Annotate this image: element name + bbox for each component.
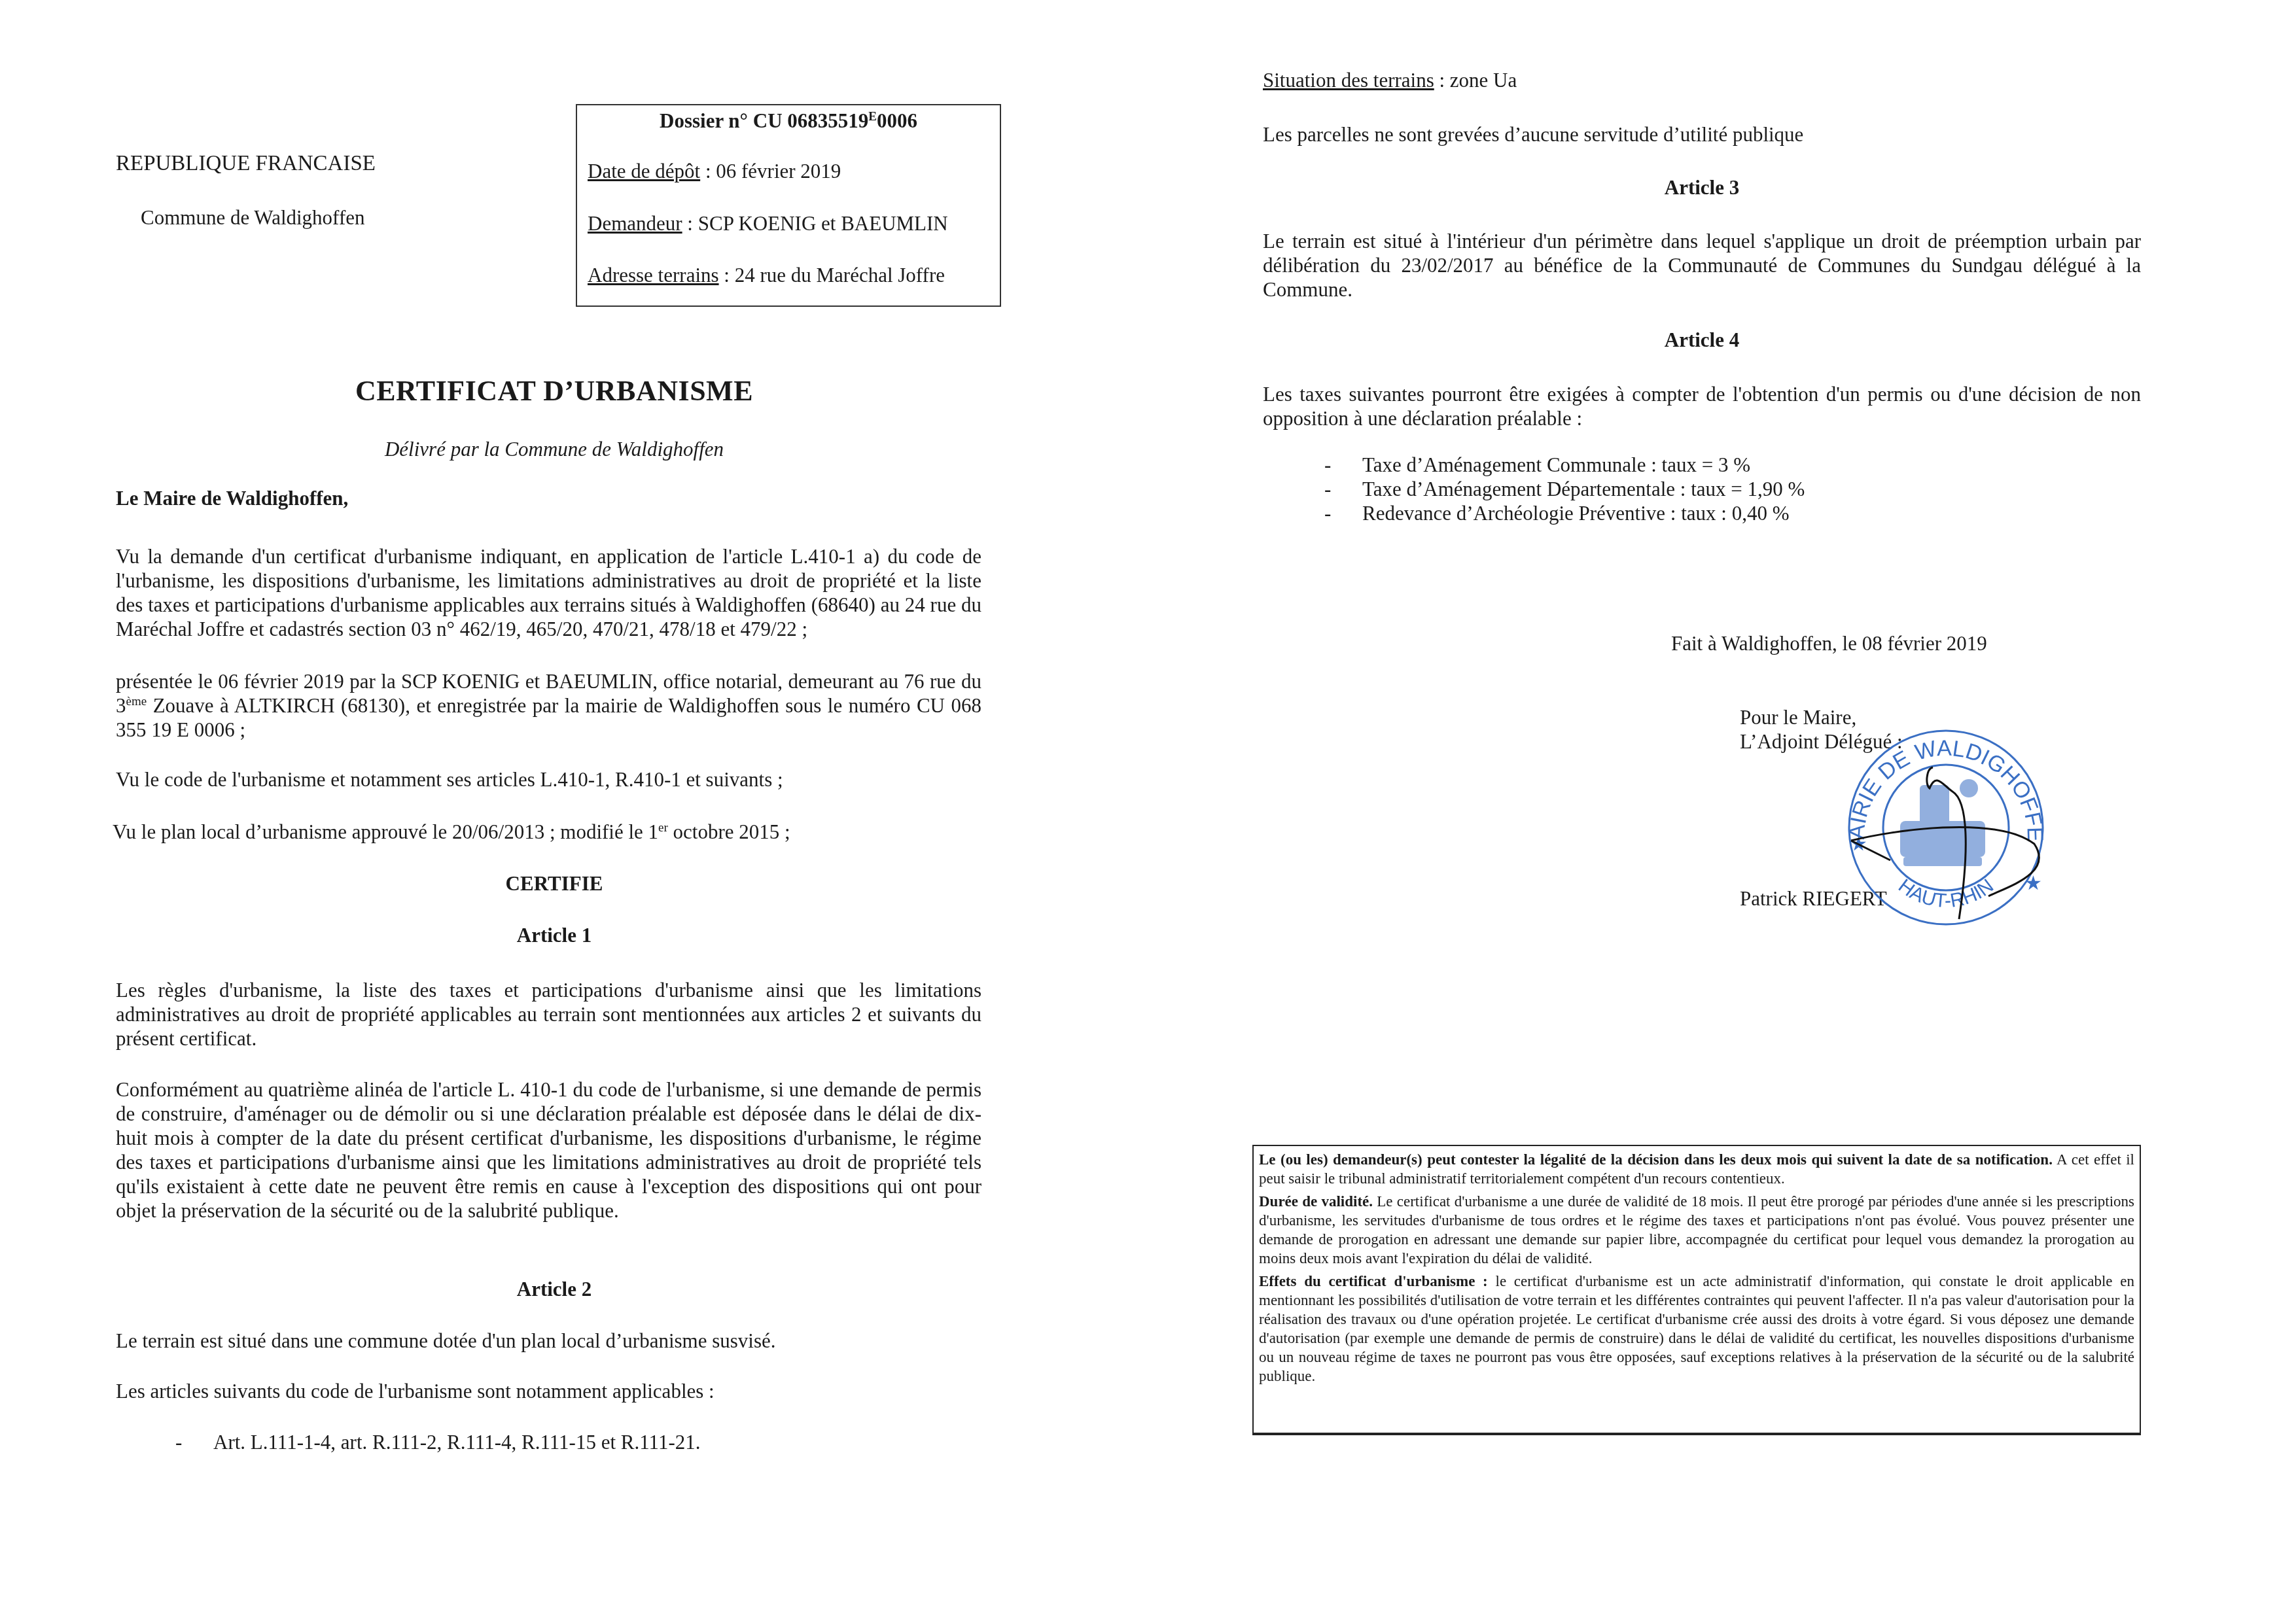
list-item: Art. L.111-1-4, art. R.111-2, R.111-4, R…: [175, 1430, 700, 1454]
notice-validity-bold: Durée de validité.: [1259, 1193, 1373, 1210]
dossier-number-prefix: Dossier n° CU 06835519: [660, 109, 868, 132]
para-request: Vu la demande d'un certificat d'urbanism…: [116, 544, 981, 641]
land-address-value: : 24 rue du Maréchal Joffre: [719, 264, 945, 287]
applicant-label: Demandeur: [588, 212, 682, 235]
article2-title: Article 2: [116, 1277, 993, 1301]
article2-p2: Les articles suivants du code de l'urban…: [116, 1379, 715, 1403]
certifie-heading: CERTIFIE: [116, 871, 993, 896]
para-plu: Vu le plan local d’urbanisme approuvé le…: [113, 820, 790, 844]
dossier-box: Dossier n° CU 06835519E0006 Date de dépô…: [576, 104, 1001, 307]
land-address-label: Adresse terrains: [588, 264, 719, 287]
notice-effects-rest: le certificat d'urbanisme est un acte ad…: [1259, 1273, 2134, 1384]
notice-validity: Durée de validité. Le certificat d'urban…: [1259, 1192, 2134, 1268]
notice-validity-rest: Le certificat d'urbanisme a une durée de…: [1259, 1193, 2134, 1266]
document-title: CERTIFICAT D’URBANISME: [116, 374, 993, 408]
land-situation: Situation des terrains : zone Ua: [1263, 68, 1517, 92]
document-subtitle: Délivré par la Commune de Waldighoffen: [116, 437, 993, 461]
notice-effects: Effets du certificat d'urbanisme : le ce…: [1259, 1272, 2134, 1386]
applicant: Demandeur : SCP KOENIG et BAEUMLIN: [588, 212, 948, 236]
article4-title: Article 4: [1263, 328, 2141, 352]
para-plu-b: octobre 2015 ;: [668, 820, 790, 843]
list-item: Taxe d’Aménagement Communale : taux = 3 …: [1324, 453, 1805, 477]
list-item: Redevance d’Archéologie Préventive : tau…: [1324, 501, 1805, 525]
republic-heading: REPUBLIQUE FRANCAISE: [116, 152, 376, 176]
deposit-date: Date de dépôt : 06 février 2019: [588, 160, 841, 183]
land-situation-label: Situation des terrains: [1263, 69, 1434, 92]
article3-title: Article 3: [1263, 175, 2141, 200]
servitude-text: Les parcelles ne sont grevées d’aucune s…: [1263, 122, 1803, 147]
notice-effects-bold: Effets du certificat d'urbanisme :: [1259, 1273, 1488, 1289]
legal-notice-box: Le (ou les) demandeur(s) peut contester …: [1252, 1145, 2141, 1435]
article3-p: Le terrain est situé à l'intérieur d'un …: [1263, 229, 2141, 302]
taxes-list: Taxe d’Aménagement Communale : taux = 3 …: [1324, 453, 1805, 525]
deposit-date-value: : 06 février 2019: [700, 160, 841, 183]
para-plu-a: Vu le plan local d’urbanisme approuvé le…: [113, 820, 658, 843]
notice-contest: Le (ou les) demandeur(s) peut contester …: [1259, 1150, 2134, 1188]
notice-contest-bold: Le (ou les) demandeur(s) peut contester …: [1259, 1151, 2053, 1168]
para-plu-sup: er: [658, 821, 668, 835]
dossier-number: Dossier n° CU 06835519E0006: [577, 109, 1000, 133]
article1-p1: Les règles d'urbanisme, la liste des tax…: [116, 978, 981, 1051]
land-address: Adresse terrains : 24 rue du Maréchal Jo…: [588, 264, 945, 287]
mairie-stamp-icon: MAIRIE DE WALDIGHOFFEN HAUT-RHIN ★ ★: [1838, 723, 2054, 939]
para-code: Vu le code de l'urbanisme et notamment s…: [116, 767, 783, 792]
right-page: Situation des terrains : zone Ua Les par…: [1148, 0, 2296, 1623]
left-page: REPUBLIQUE FRANCAISE Commune de Waldigho…: [0, 0, 1148, 1623]
stamp-bottom-text: HAUT-RHIN: [1894, 875, 1998, 912]
para-presented-b: Zouave à ALTKIRCH (68130), et enregistré…: [116, 694, 981, 741]
article1-title: Article 1: [116, 923, 993, 947]
signed-place-date: Fait à Waldighoffen, le 08 février 2019: [1671, 631, 1987, 655]
article1-p2: Conformément au quatrième alinéa de l'ar…: [116, 1077, 981, 1223]
para-presented: présentée le 06 février 2019 par la SCP …: [116, 669, 981, 742]
article2-list: Art. L.111-1-4, art. R.111-2, R.111-4, R…: [175, 1430, 700, 1454]
commune-name: Commune de Waldighoffen: [141, 205, 364, 230]
article2-p1: Le terrain est situé dans une commune do…: [116, 1329, 776, 1353]
para-presented-sup: ème: [126, 695, 147, 708]
dossier-number-sup: E: [868, 110, 877, 124]
salutation: Le Maire de Waldighoffen,: [116, 486, 348, 510]
dossier-number-suffix: 0006: [877, 109, 917, 132]
land-situation-value: : zone Ua: [1434, 69, 1517, 92]
article4-p: Les taxes suivantes pourront être exigée…: [1263, 382, 2141, 430]
list-item: Taxe d’Aménagement Départementale : taux…: [1324, 477, 1805, 501]
applicant-value: : SCP KOENIG et BAEUMLIN: [682, 212, 948, 235]
deposit-date-label: Date de dépôt: [588, 160, 700, 183]
